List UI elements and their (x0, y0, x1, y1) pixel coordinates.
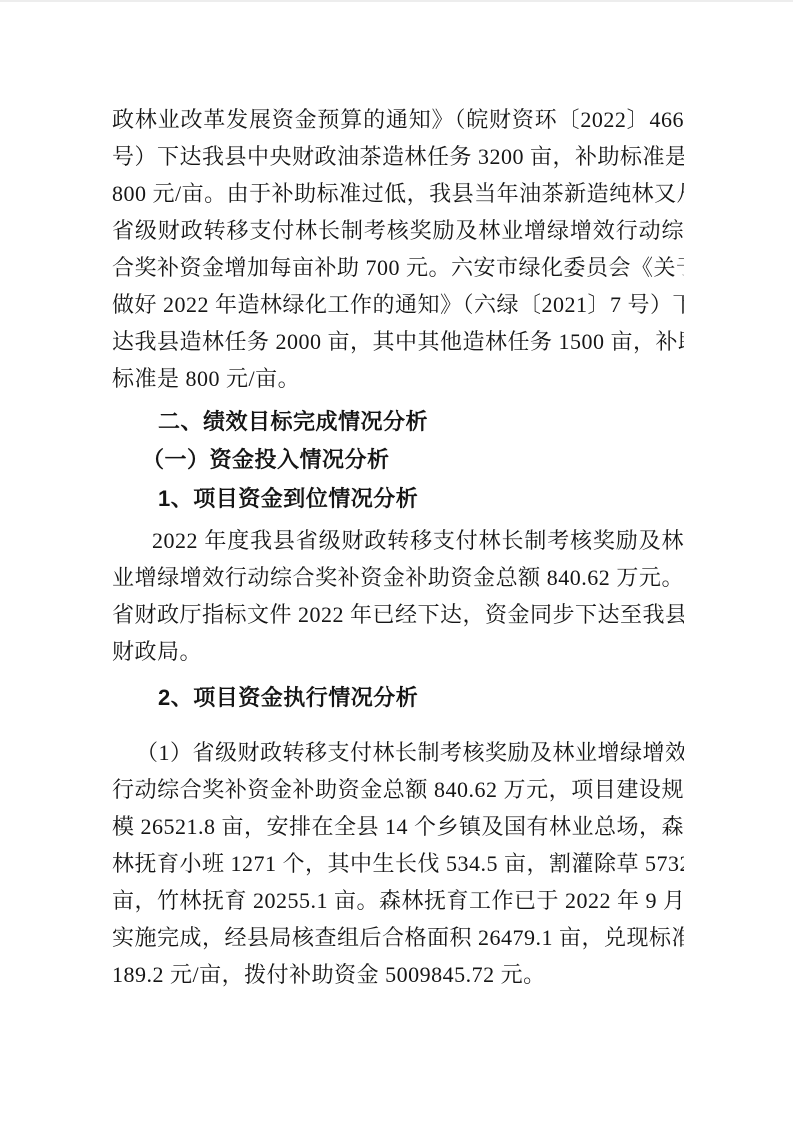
page-top-edge-line (0, 0, 793, 2)
heading-section-2: 二、绩效目标完成情况分析 (112, 403, 684, 440)
heading-item-2: 2、项目资金执行情况分析 (112, 679, 684, 716)
funds-execution-paragraph-line: 行动综合奖补资金补助资金总额 840.62 万元，项目建设规 (112, 771, 684, 808)
funds-execution-paragraph-line: 林抚育小班 1271 个，其中生长伐 534.5 亩，割灌除草 5732.2 (112, 845, 684, 882)
funds-execution-paragraph-line: 189.2 元/亩，拨付补助资金 5009845.72 元。 (112, 956, 684, 993)
funds-arrival-paragraph-line: 省财政厅指标文件 2022 年已经下达，资金同步下达至我县 (112, 596, 684, 633)
funds-execution-paragraph-line: 实施完成，经县局核查组后合格面积 26479.1 亩，兑现标准 (112, 919, 684, 956)
continuation-paragraph-line: 达我县造林任务 2000 亩，其中其他造林任务 1500 亩，补助 (112, 323, 684, 360)
funds-arrival-paragraph-line: 2022 年度我县省级财政转移支付林长制考核奖励及林 (112, 522, 684, 559)
funds-execution-paragraph-line: 亩，竹林抚育 20255.1 亩。森林抚育工作已于 2022 年 9 月 (112, 882, 684, 919)
continuation-paragraph-line: 标准是 800 元/亩。 (112, 360, 684, 397)
continuation-paragraph-line: 合奖补资金增加每亩补助 700 元。六安市绿化委员会《关于 (112, 249, 684, 286)
funds-execution-paragraph-line: （1）省级财政转移支付林长制考核奖励及林业增绿增效 (112, 734, 684, 771)
document-content: 政林业改革发展资金预算的通知》（皖财资环〔2022〕466 号）下达我县中央财政… (112, 101, 684, 993)
funds-execution-paragraph-line: 模 26521.8 亩，安排在全县 14 个乡镇及国有林业总场，森 (112, 808, 684, 845)
funds-arrival-paragraph-line: 业增绿增效行动综合奖补资金补助资金总额 840.62 万元。 (112, 559, 684, 596)
heading-subsection-1: （一）资金投入情况分析 (112, 441, 684, 478)
continuation-paragraph-line: 号）下达我县中央财政油茶造林任务 3200 亩，补助标准是 (112, 138, 684, 175)
continuation-paragraph-line: 做好 2022 年造林绿化工作的通知》（六绿〔2021〕7 号）下 (112, 286, 684, 323)
heading-item-1: 1、项目资金到位情况分析 (112, 480, 684, 517)
continuation-paragraph-line: 800 元/亩。由于补助标准过低，我县当年油茶新造纯林又从 (112, 175, 684, 212)
funds-arrival-paragraph-line: 财政局。 (112, 633, 684, 670)
continuation-paragraph-line: 省级财政转移支付林长制考核奖励及林业增绿增效行动综 (112, 212, 684, 249)
continuation-paragraph-line: 政林业改革发展资金预算的通知》（皖财资环〔2022〕466 (112, 101, 684, 138)
document-page: 政林业改革发展资金预算的通知》（皖财资环〔2022〕466 号）下达我县中央财政… (0, 0, 793, 1122)
